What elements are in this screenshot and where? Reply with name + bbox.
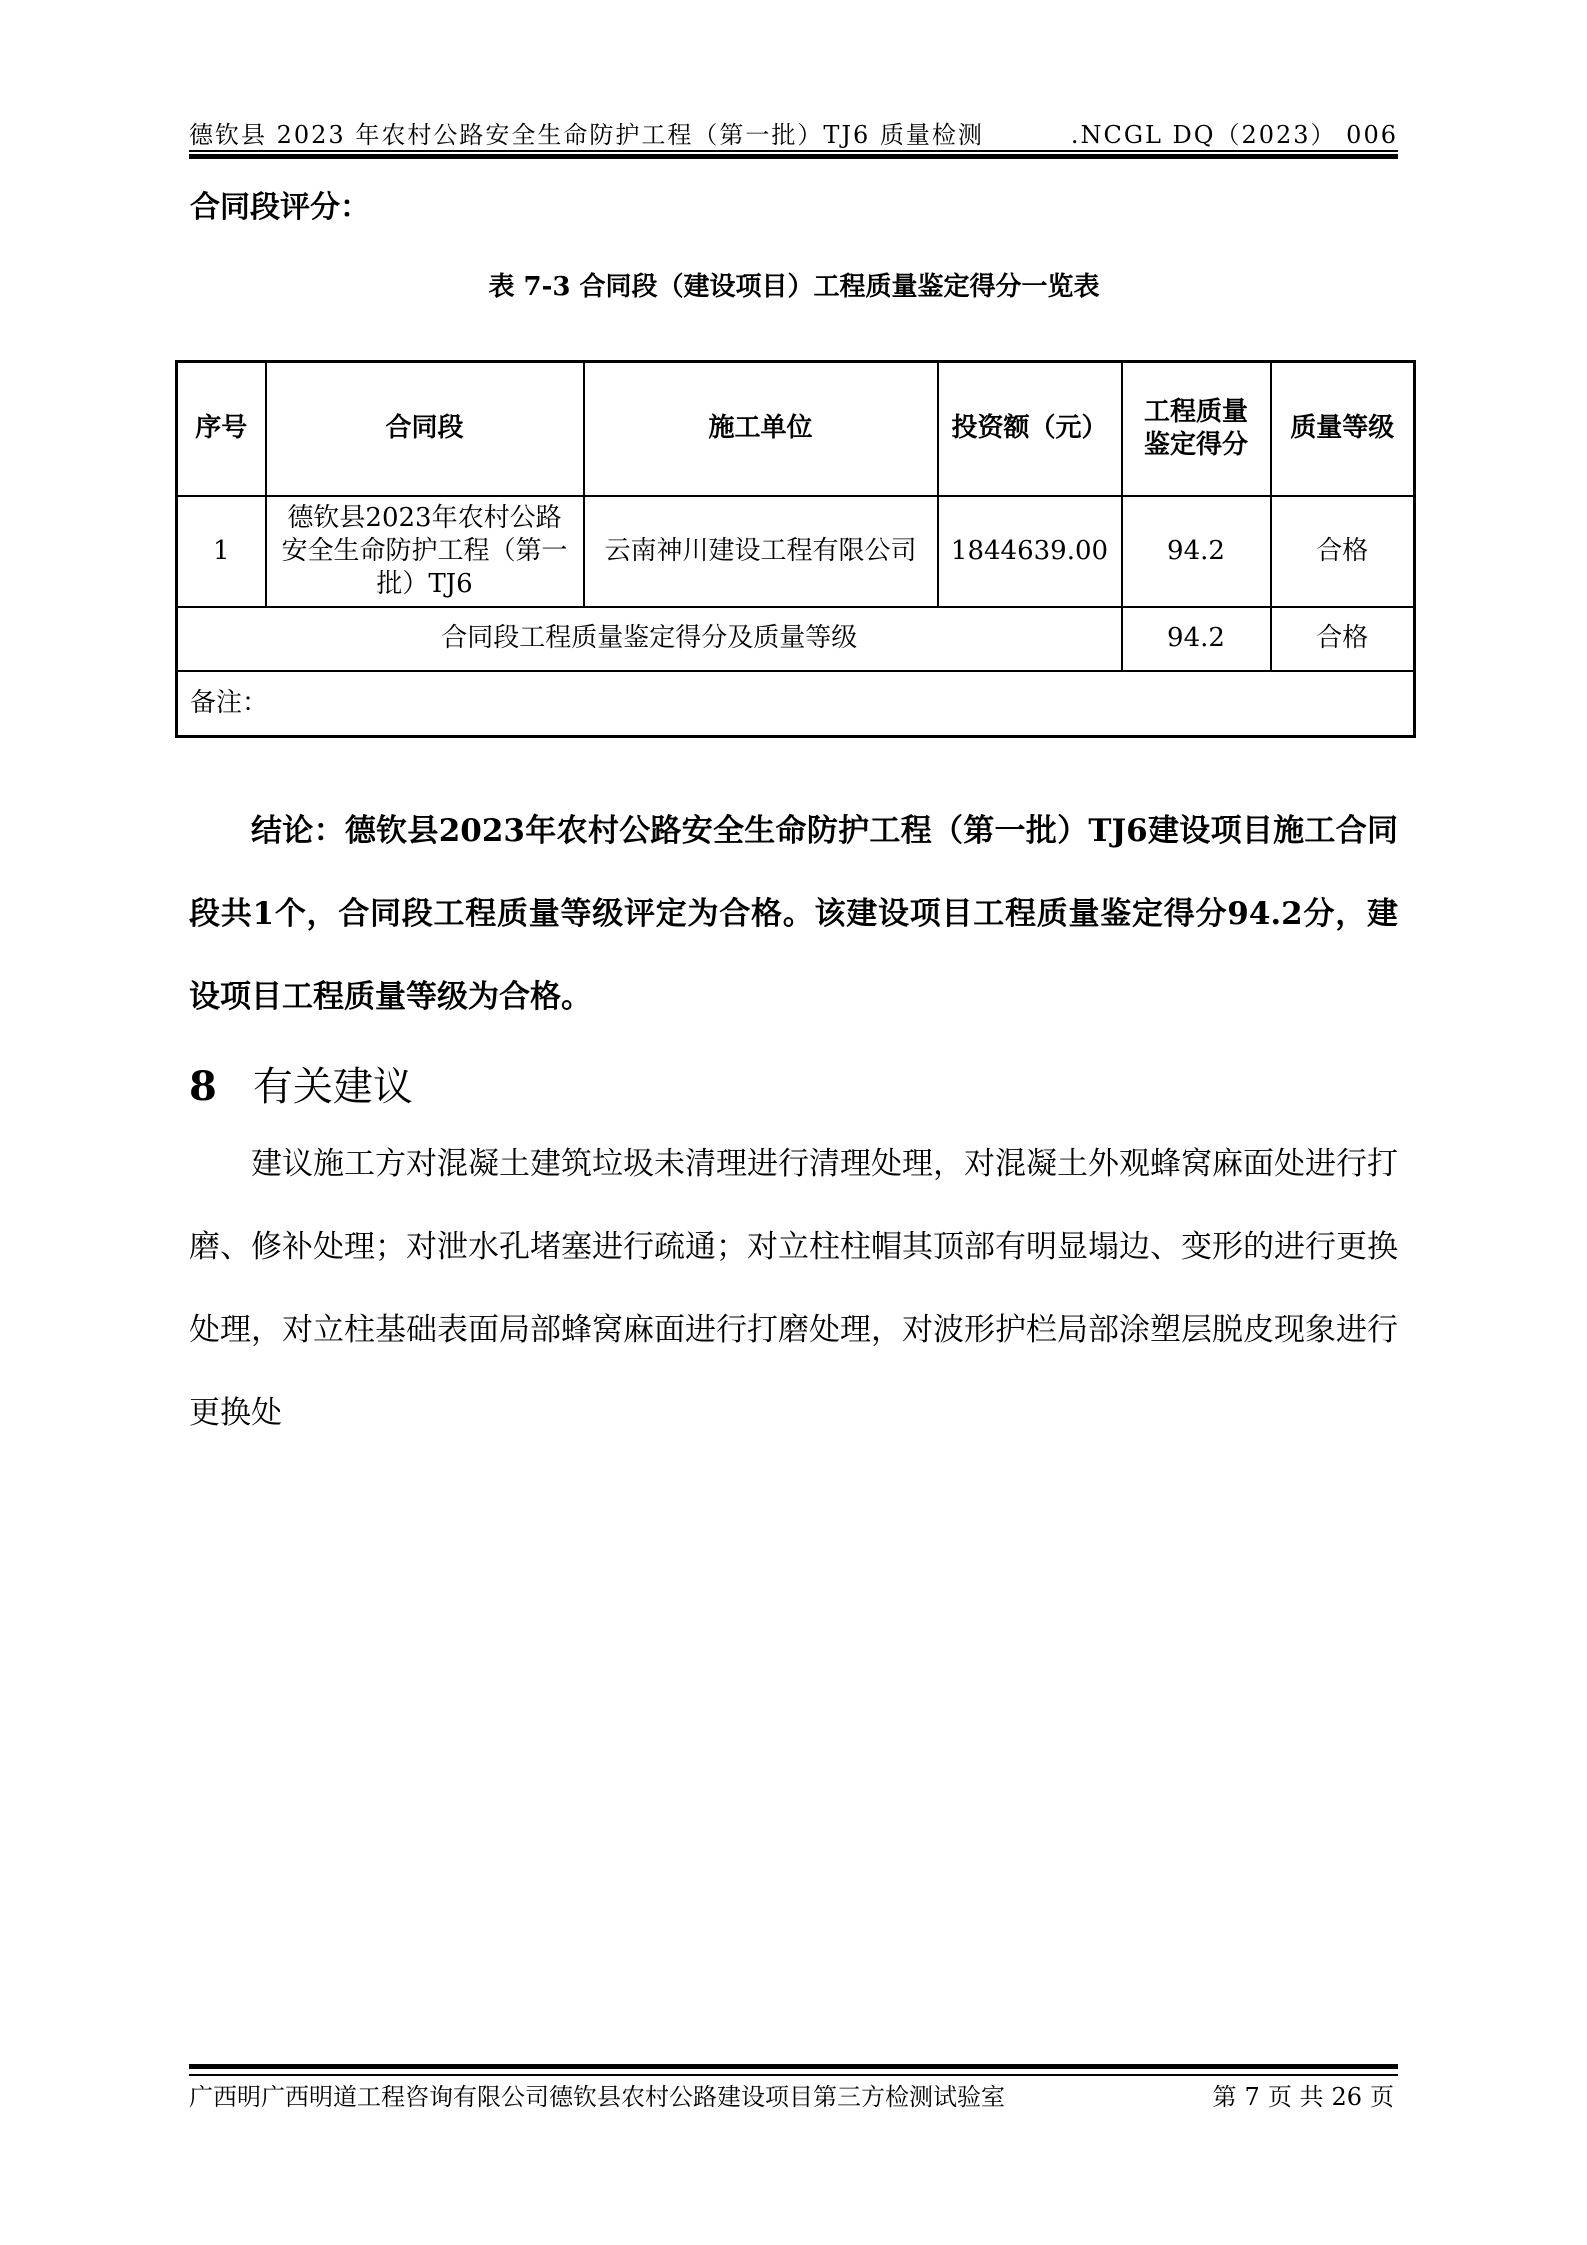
page-mid: 页 共: [1268, 2083, 1324, 2111]
conclusion-paragraph: 结论：德钦县2023年农村公路安全生命防护工程（第一批）TJ6建设项目施工合同段…: [189, 790, 1398, 1039]
table-remark-row: 备注：: [177, 671, 1415, 737]
summary-grade: 合格: [1271, 607, 1415, 671]
summary-score: 94.2: [1122, 607, 1271, 671]
page-number: 第7页 共26页: [1209, 2077, 1398, 2112]
page-footer: 广西明广西明道工程咨询有限公司德钦县农村公路建设项目第三方检测试验室 第7页 共…: [189, 2078, 1398, 2110]
col-header-grade: 质量等级: [1271, 362, 1415, 496]
section-subtitle: 合同段评分：: [190, 190, 370, 226]
score-table: 序号 合同段 施工单位 投资额（元） 工程质量鉴定得分 质量等级 1 德钦县20…: [175, 360, 1416, 738]
section-title: 有关建议: [253, 1064, 413, 1110]
header-rule-thick: [189, 154, 1398, 159]
col-header-contractor: 施工单位: [584, 362, 938, 496]
col-header-score: 工程质量鉴定得分: [1122, 362, 1271, 496]
table-header-row: 序号 合同段 施工单位 投资额（元） 工程质量鉴定得分 质量等级: [177, 362, 1415, 496]
page-header: 德钦县 2023 年农村公路安全生命防护工程（第一批）TJ6 质量检测 .NCG…: [189, 114, 1398, 150]
recommendation-paragraph: 建议施工方对混凝土建筑垃圾未清理进行清理处理，对混凝土外观蜂窝麻面处进行打磨、修…: [189, 1123, 1398, 1455]
footer-rule-thick: [189, 2064, 1398, 2069]
cell-contractor: 云南神川建设工程有限公司: [584, 496, 938, 607]
header-title: 德钦县 2023 年农村公路安全生命防护工程（第一批）TJ6 质量检测: [189, 115, 984, 150]
summary-label: 合同段工程质量鉴定得分及质量等级: [177, 607, 1122, 671]
header-rule-thin: [189, 150, 1398, 152]
table-row: 1 德钦县2023年农村公路安全生命防护工程（第一批）TJ6 云南神川建设工程有…: [177, 496, 1415, 607]
cell-investment: 1844639.00: [938, 496, 1122, 607]
table-summary-row: 合同段工程质量鉴定得分及质量等级 94.2 合格: [177, 607, 1415, 671]
col-header-contract-section: 合同段: [266, 362, 584, 496]
table-caption: 表 7-3 合同段（建设项目）工程质量鉴定得分一览表: [175, 268, 1413, 306]
page-suffix: 页: [1370, 2083, 1394, 2111]
page-total: 26: [1331, 2083, 1362, 2111]
cell-score: 94.2: [1122, 496, 1271, 607]
page-prefix: 第: [1213, 2083, 1237, 2111]
cell-contract-section: 德钦县2023年农村公路安全生命防护工程（第一批）TJ6: [266, 496, 584, 607]
col-header-investment: 投资额（元）: [938, 362, 1122, 496]
section-heading: 8有关建议: [189, 1061, 413, 1113]
col-header-index: 序号: [177, 362, 266, 496]
cell-grade: 合格: [1271, 496, 1415, 607]
page-current: 7: [1245, 2083, 1260, 2111]
header-doc-code: .NCGL DQ（2023） 006: [1071, 115, 1398, 150]
cell-index: 1: [177, 496, 266, 607]
section-number: 8: [189, 1063, 217, 1110]
footer-organization: 广西明广西明道工程咨询有限公司德钦县农村公路建设项目第三方检测试验室: [189, 2077, 1005, 2112]
remark-label: 备注：: [177, 671, 1415, 737]
